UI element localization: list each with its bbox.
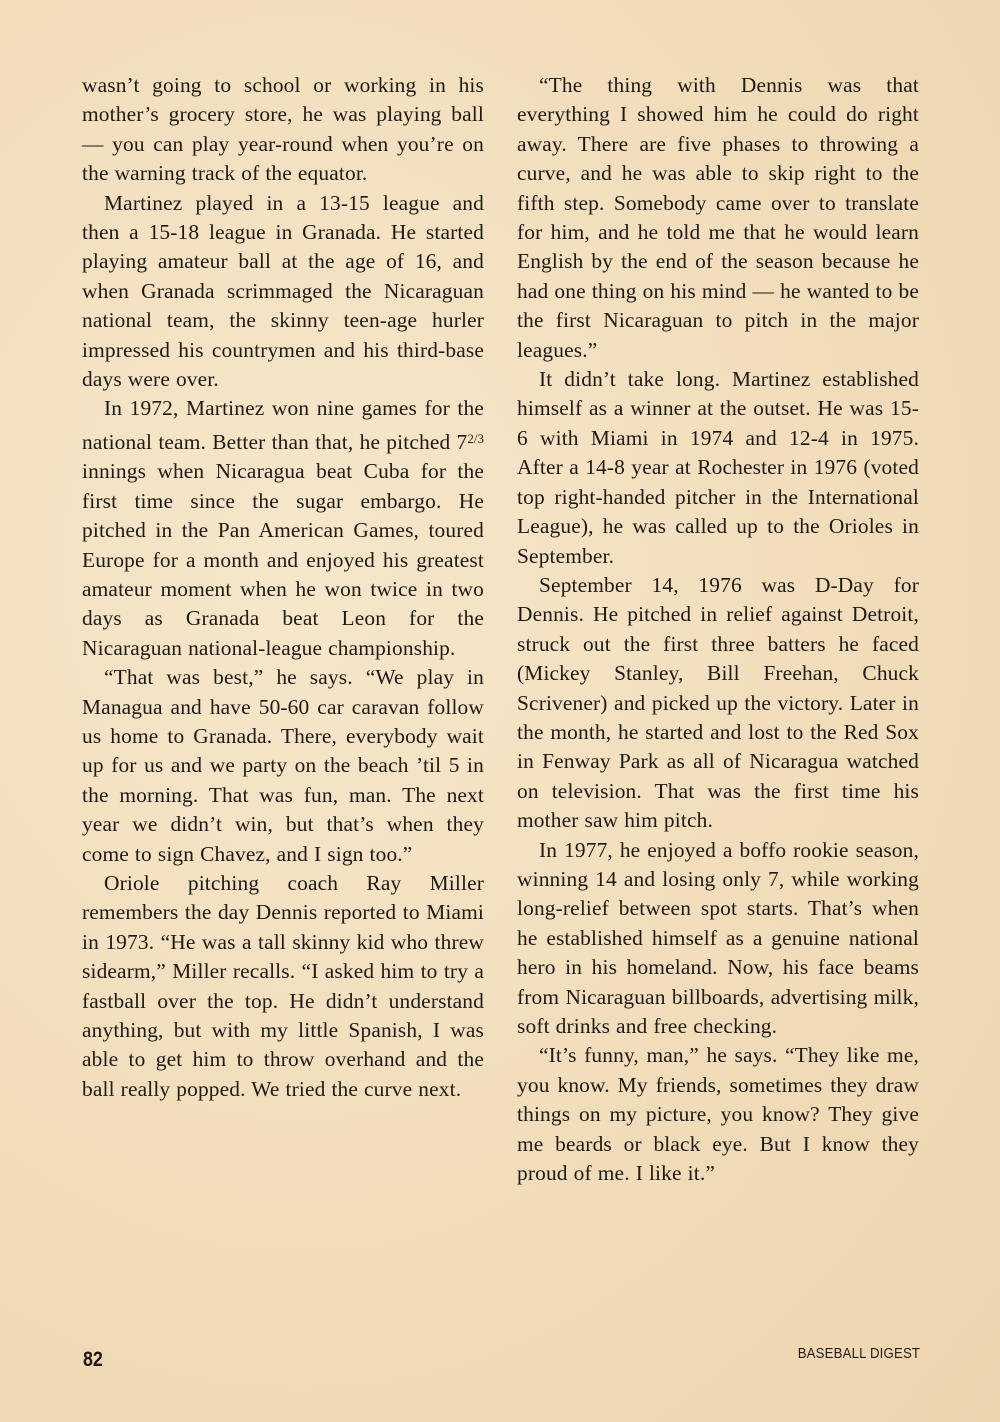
paragraph: In 1972, Martinez won nine games for the… (82, 394, 484, 663)
publication-name: BASEBALL DIGEST (798, 1345, 920, 1362)
right-column: “The thing with Dennis was that everythi… (517, 71, 919, 1188)
paragraph: “That was best,” he says. “We play in Ma… (82, 663, 484, 869)
paragraph: In 1977, he enjoyed a boffo rookie seaso… (517, 836, 919, 1042)
magazine-page: wasn’t going to school or working in his… (0, 0, 1000, 1422)
paragraph: Oriole pitching coach Ray Miller remembe… (82, 869, 484, 1104)
paragraph: September 14, 1976 was D-Day for Dennis.… (517, 571, 919, 836)
left-column: wasn’t going to school or working in his… (82, 71, 484, 1104)
paragraph: “The thing with Dennis was that everythi… (517, 71, 919, 365)
page-number: 82 (83, 1348, 103, 1372)
paragraph: “It’s funny, man,” he says. “They like m… (517, 1041, 919, 1188)
paragraph: wasn’t going to school or working in his… (82, 71, 484, 189)
paragraph-text: In 1972, Martinez won nine games for the… (82, 396, 484, 453)
paragraph: Martinez played in a 13-15 league and th… (82, 189, 484, 395)
innings-fraction: 2/3 (467, 431, 484, 446)
paragraph: It didn’t take long. Martinez estab­lish… (517, 365, 919, 571)
paragraph-text: innings when Nicaragua beat Cuba for the… (82, 459, 484, 659)
